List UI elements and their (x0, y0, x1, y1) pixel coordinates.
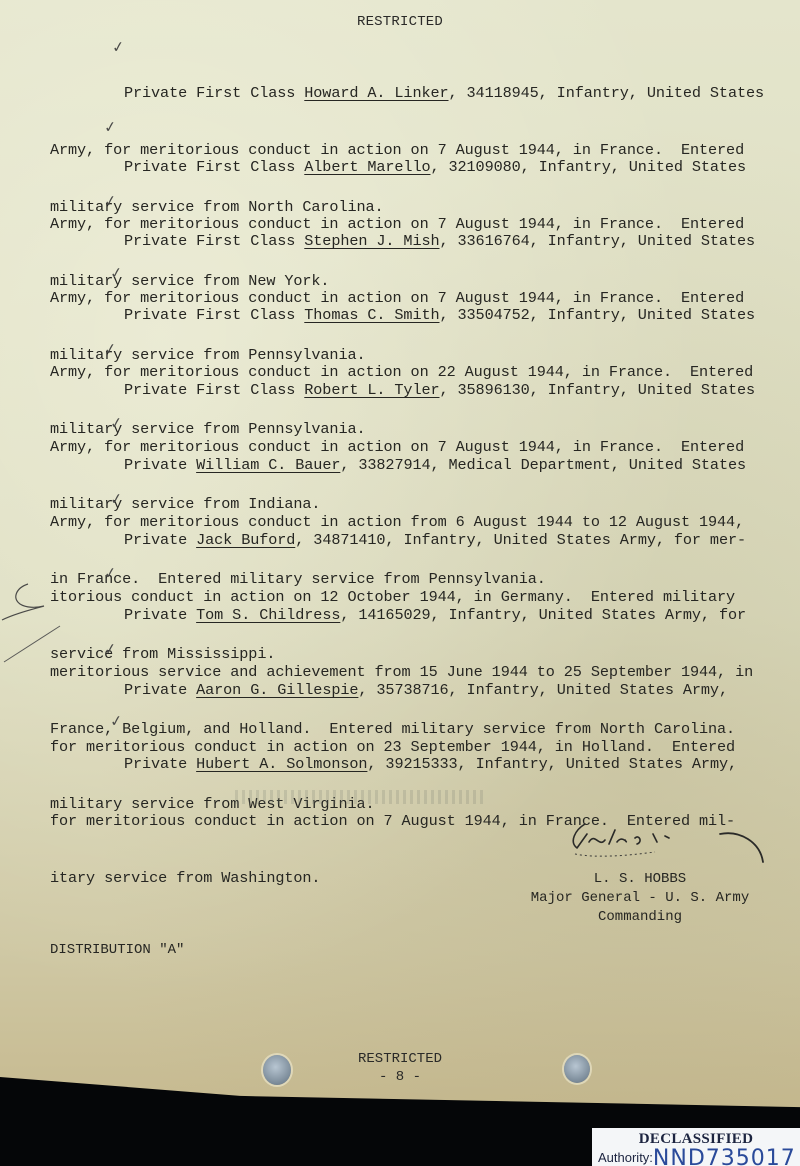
soldier-name: Robert L. Tyler (304, 381, 439, 399)
check-mark-icon: ✓ (103, 191, 118, 211)
check-mark-icon: ✓ (103, 339, 118, 359)
signatory-title: Major General - U. S. Army (500, 889, 780, 908)
stamp-authority-value: NND735017 (653, 1146, 796, 1166)
soldier-name: Hubert A. Solmonson (196, 755, 367, 773)
soldier-name: Jack Buford (196, 531, 295, 549)
signatory-role: Commanding (500, 908, 780, 927)
page-number: - 8 - (0, 1068, 800, 1086)
margin-bracket-mark-icon (0, 570, 160, 670)
signatory-name: L. S. HOBBS (500, 870, 780, 889)
footer-classification: RESTRICTED (0, 1050, 800, 1068)
check-mark-icon: ✓ (111, 37, 126, 57)
soldier-name: William C. Bauer (196, 456, 340, 474)
faint-bleed-through-text (235, 790, 485, 804)
soldier-name: Aaron G. Gillespie (196, 681, 358, 699)
signature-block: L. S. HOBBS Major General - U. S. Army C… (500, 870, 780, 927)
soldier-name: Tom S. Childress (196, 606, 340, 624)
soldier-name: Howard A. Linker (304, 84, 448, 102)
header-classification: RESTRICTED (0, 14, 800, 30)
check-mark-icon: ✓ (109, 711, 124, 731)
check-mark-icon: ✓ (109, 489, 124, 509)
soldier-name: Thomas C. Smith (304, 306, 439, 324)
handwritten-signature (565, 812, 775, 872)
soldier-name: Albert Marello (304, 158, 430, 176)
document-page: RESTRICTED Private First Class Howard A.… (0, 0, 800, 1116)
declassified-stamp: DECLASSIFIED Authority:NND735017 (592, 1128, 800, 1166)
check-mark-icon: ✓ (109, 263, 124, 283)
distribution-line: DISTRIBUTION "A" (50, 942, 184, 958)
stamp-authority-label: Authority: (598, 1150, 653, 1165)
page-footer: RESTRICTED - 8 - (0, 1050, 800, 1086)
check-mark-icon: ✓ (109, 413, 124, 433)
check-mark-icon: ✓ (103, 117, 118, 137)
soldier-name: Stephen J. Mish (304, 232, 439, 250)
